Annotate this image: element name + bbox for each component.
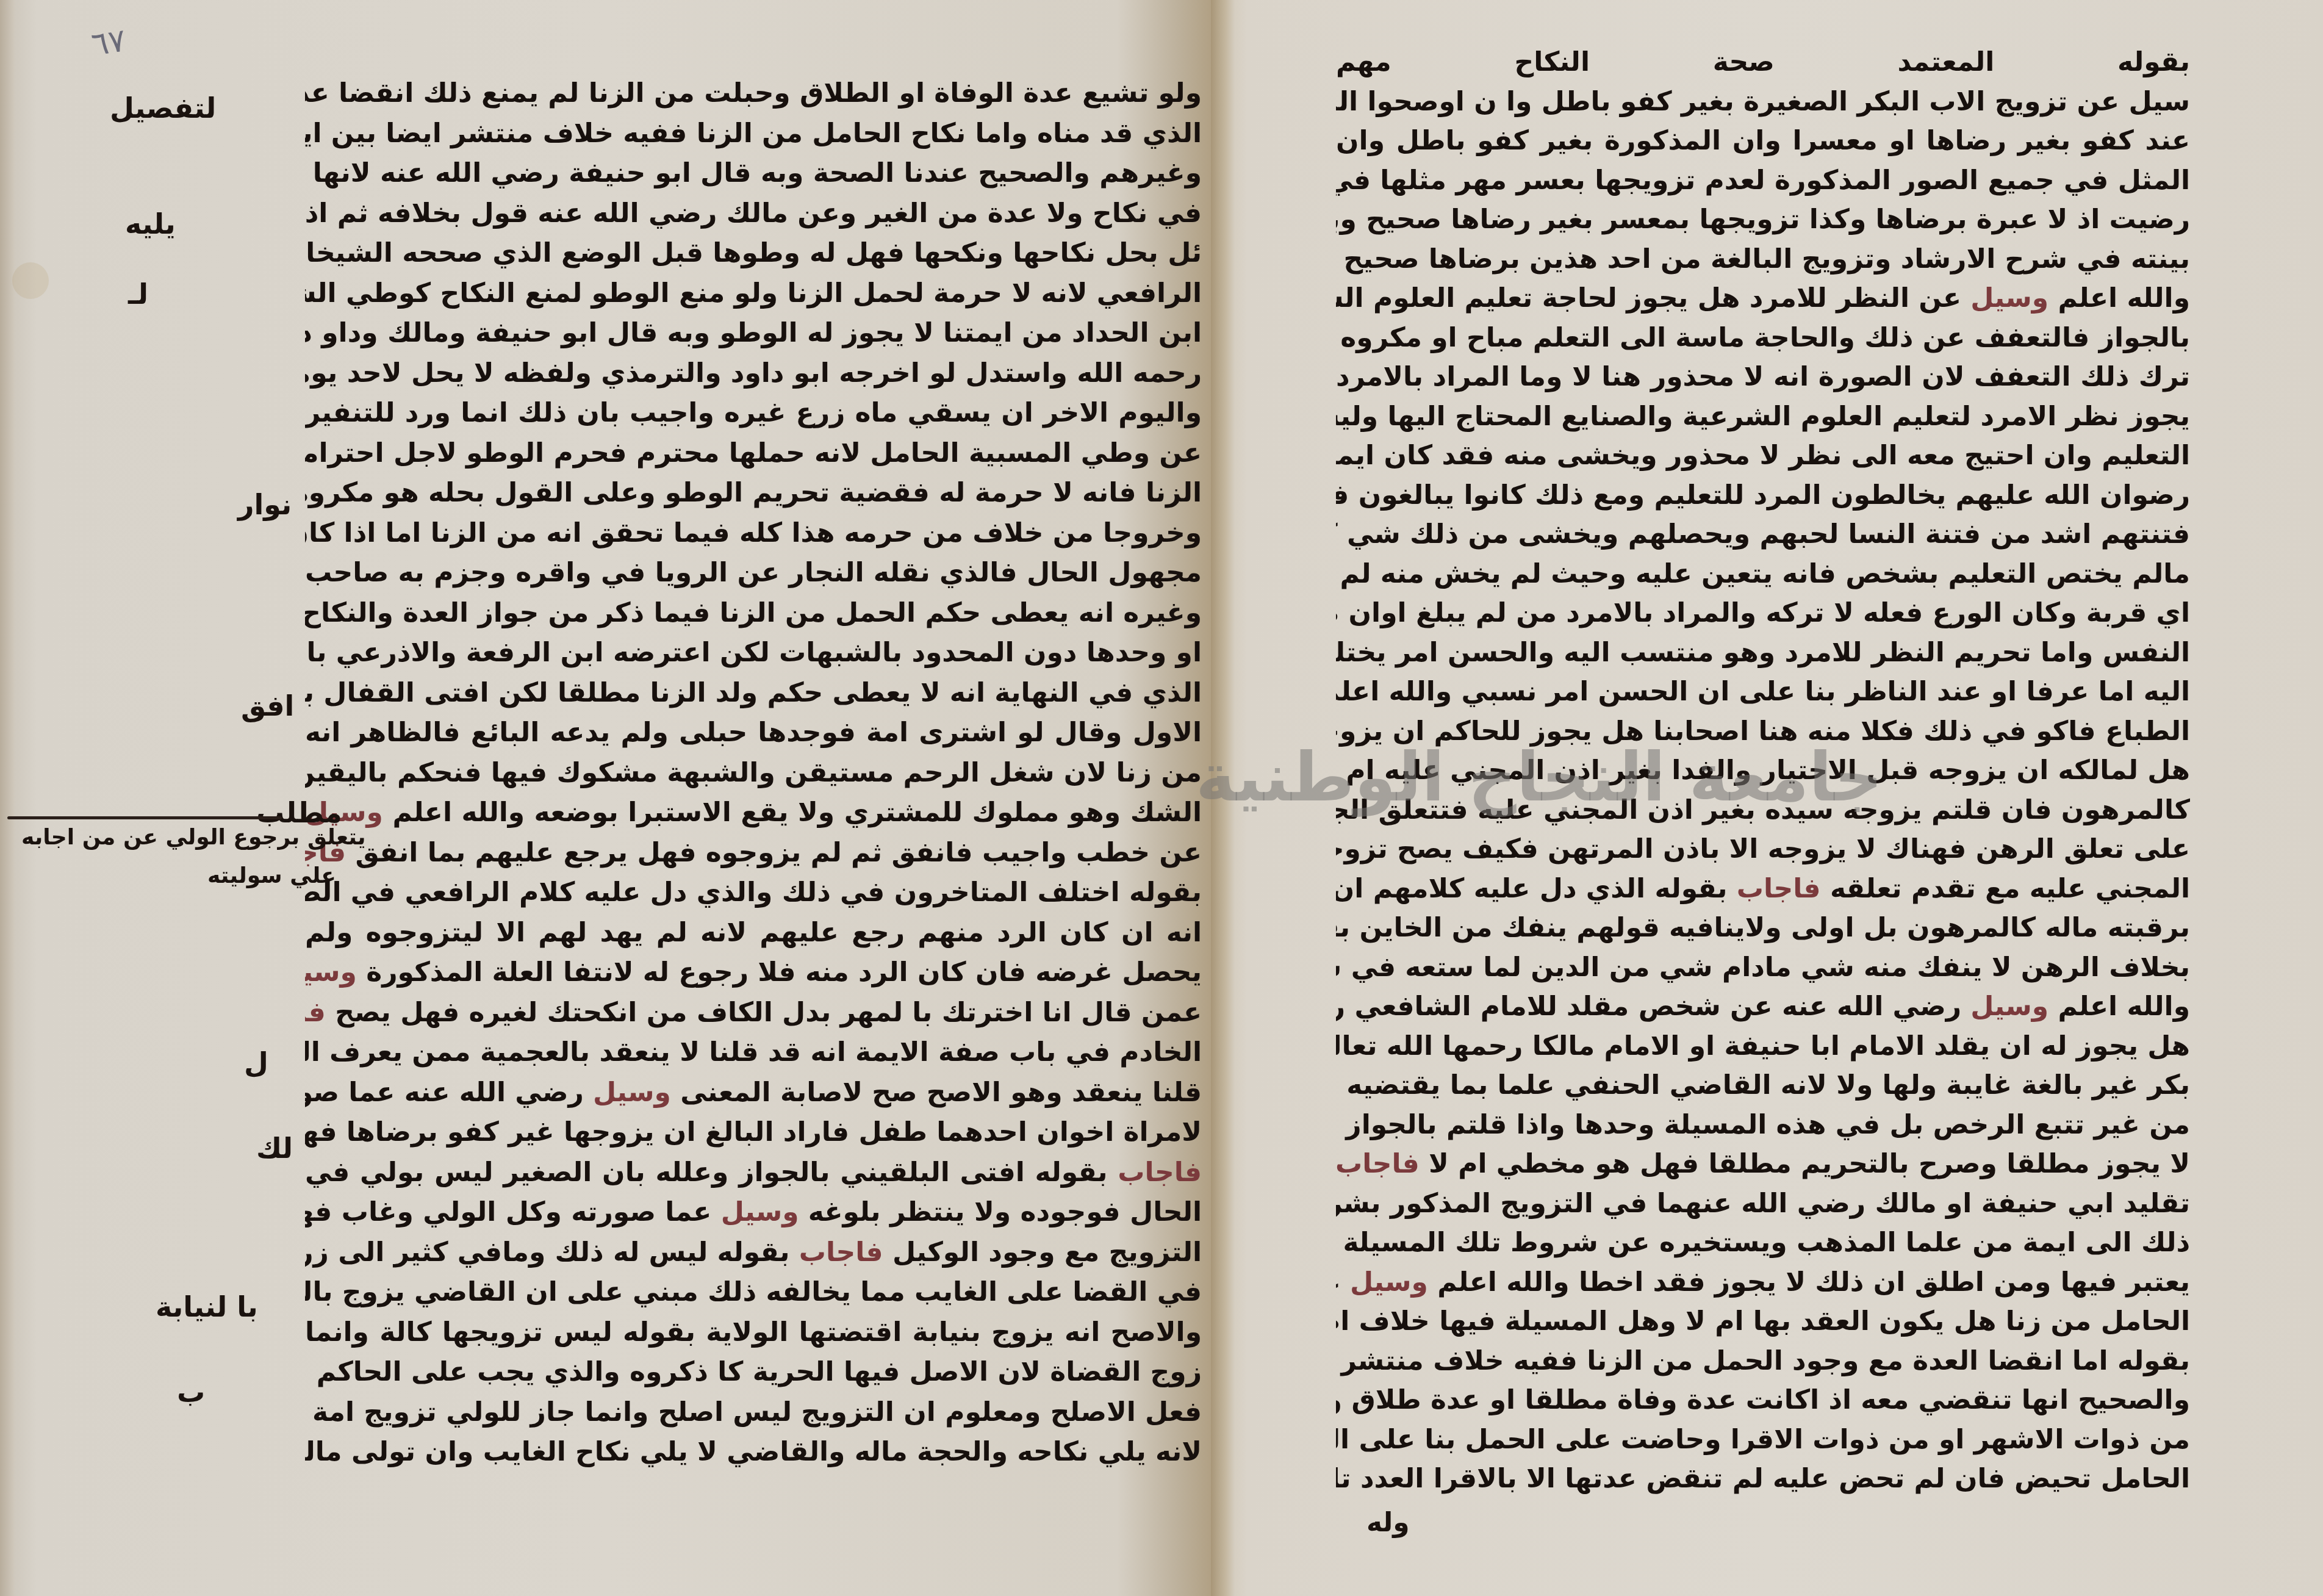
manuscript-line: فتنتهم اشد من فتنة النسا لحبهم ويحصلهم و… [1336,515,2190,555]
manuscript-line: برقبته ماله كالمرهون بل اولى ولاينافيه ق… [1336,908,2190,948]
manuscript-line: فعل الاصلح ومعلوم ان التزويج ليس اصلح وا… [305,1392,1202,1432]
manuscript-line: الذي في النهاية انه لا يعطى حكم ولد الزن… [305,673,1202,713]
manuscript-line: وغيره انه يعطى حكم الحمل من الزنا فيما ذ… [305,593,1202,633]
manuscript-line: وخروجا من خلاف من حرمه هذا كله فيما تحقق… [305,513,1202,553]
manuscript-line: التزويج مع وجود الوكيل فاجاب بقوله ليس ل… [305,1232,1202,1273]
manuscript-line: عند كفو بغير رضاها او معسرا وان المذكورة… [1336,121,2190,161]
manuscript-line: الحال فوجوده ولا ينتظر بلوغه وسيل عما صو… [305,1192,1202,1232]
manuscript-line: لا يجوز مطلقا وصرح بالتحريم مطلقا فهل هو… [1336,1145,2190,1184]
margin-note: نوار [238,488,292,521]
manuscript-line: بقوله اختلف المتاخرون في ذلك والذي دل عل… [305,872,1202,913]
manuscript-line: النفس واما تحريم النظر للامرد وهو منتسب … [1336,633,2190,673]
manuscript-line: لانه يلي نكاحه والحجة ماله والقاضي لا يل… [305,1432,1202,1472]
margin-note: لـ [128,278,148,311]
manuscript-line: في القضا على الغايب مما يخالفه ذلك مبني … [305,1272,1202,1312]
manuscript-line: فاجاب بقوله افتى البلقيني بالجواز وعلله … [305,1152,1202,1193]
margin-note: علي سوليته [207,863,336,888]
manuscript-line: واليوم الاخر ان يسقي ماه زرع غيره واجيب … [305,393,1202,433]
manuscript-line: ذلك الى ايمة من علما المذهب ويستخيره عن … [1336,1223,2190,1263]
manuscript-line: والاصح انه يزوج بنيابة اقتضتها الولاية ب… [305,1312,1202,1353]
manuscript-line: هل يجوز له ان يقلد الامام ابا حنيفة او ا… [1336,1027,2190,1066]
manuscript-line: المثل في جميع الصور المذكورة لعدم تزويجه… [1336,161,2190,201]
manuscript-line: ابن الحداد من ايمتنا لا يجوز له الوطو وب… [305,313,1202,353]
manuscript-line: سيل عن تزويج الاب البكر الصغيرة بغير كفو… [1336,82,2190,122]
manuscript-line: زوج القضاة لان الاصل فيها الحرية كا ذكرو… [305,1352,1202,1392]
manuscript-line: الزنا فانه لا حرمة له فقضية تحريم الوطو … [305,473,1202,513]
manuscript-line: على تعلق الرهن فهناك لا يزوجه الا باذن ا… [1336,830,2190,869]
manuscript-line: رضوان الله عليهم يخالطون المرد للتعليم و… [1336,476,2190,516]
margin-rule-line [7,816,282,819]
margin-note: افق [241,689,294,722]
manuscript-line: الشك وهو مملوك للمشتري ولا يقع الاستبرا … [305,793,1202,833]
manuscript-line: ترك ذلك التعفف لان الصورة انه لا محذور ه… [1336,358,2190,397]
left-page-text-block: ولو تشيع عدة الوفاة او الطلاق وحبلت من ا… [305,73,1202,1472]
margin-note: يتعلق برجوع الولي عن من اجابه [21,825,366,850]
left-page: ٦٧ ولو تشيع عدة الوفاة او الطلاق وحبلت م… [0,0,1214,1596]
manuscript-line: وغيرهم والصحيح عندنا الصحة وبه قال ابو ح… [305,153,1202,193]
catchword: وله [1366,1507,1410,1538]
manuscript-line: مالم يختص التعليم بشخص فانه يتعين عليه و… [1336,555,2190,594]
manuscript-line: مجهول الحال فالذي نقله النجار عن الرويا … [305,553,1202,593]
page-edge [0,0,15,1596]
margin-note: لك [256,1132,293,1165]
manuscript-line: في نكاح ولا عدة من الغير وعن مالك رضي ال… [305,193,1202,234]
margin-note: ل [244,1046,268,1079]
margin-note: ب [177,1376,205,1409]
manuscript-line: الذي قد مناه واما نكاح الحامل من الزنا ف… [305,113,1202,154]
manuscript-line: من غير تتبع الرخص بل في هذه المسيلة وحده… [1336,1105,2190,1145]
manuscript-line: يعتبر فيها ومن اطلق ان ذلك لا يجوز فقد ا… [1336,1263,2190,1303]
manuscript-line: اليه اما عرفا او عند الناظر بنا على ان ا… [1336,672,2190,712]
margin-note: با لنيابة [156,1290,258,1323]
manuscript-line: ئل بحل نكاحها ونكحها فهل له وطوها قبل ال… [305,233,1202,273]
manuscript-line: بقوله اما انقضا العدة مع وجود الحمل من ا… [1336,1342,2190,1381]
manuscript-line: الخادم في باب صفة الايمة انه قد قلنا لا … [305,1032,1202,1073]
manuscript-line: من ذوات الاشهر او من ذوات الاقرا وحاضت ع… [1336,1420,2190,1460]
margin-note: يليه [125,207,176,240]
manuscript-line: رضيت اذ لا عبرة برضاها وكذا تزويجها بمعس… [1336,200,2190,240]
manuscript-line: اي قربة وكان الورع فعله لا تركه والمراد … [1336,594,2190,633]
manuscript-line: لامراة اخوان احدهما طفل فاراد البالغ ان … [305,1112,1202,1152]
manuscript-line: عمن قال انا اخترتك با لمهر بدل الكاف من … [305,993,1202,1033]
manuscript-line: المجني عليه مع تقدم تعلقه فاجاب بقوله ال… [1336,869,2190,909]
manuscript-line: والصحيح انها تنقضي معه اذ اكانت عدة وفاة… [1336,1381,2190,1420]
manuscript-line: بخلاف الرهن لا ينفك منه شي مادام شي من ا… [1336,948,2190,988]
manuscript-line: والله اعلم وسيل رضي الله عنه عن شخص مقلد… [1336,987,2190,1027]
manuscript-line: انه ان كان الرد منهم رجع عليهم لانه لم ي… [305,913,1202,953]
manuscript-line: بكر غير بالغة غايبة ولها ولا لانه القاضي… [1336,1066,2190,1105]
folio-number: ٦٧ [89,22,128,63]
manuscript-line: عن خطب واجيب فانفق ثم لم يزوجوه فهل يرجع… [305,833,1202,873]
manuscript-line: قلنا ينعقد وهو الاصح صح لاصابة المعنى وس… [305,1073,1202,1113]
manuscript-line: يجوز نظر الامرد لتعليم العلوم الشرعية وا… [1336,397,2190,437]
manuscript-line: الحامل من زنا هل يكون العقد بها ام لا وه… [1336,1302,2190,1342]
manuscript-line: رحمه الله واستدل لو اخرجه ابو داود والتر… [305,353,1202,394]
paper-stain [12,262,49,299]
manuscript-line: تقليد ابي حنيفة او مالك رضي الله عنهما ف… [1336,1184,2190,1224]
watermark: جامعة النجاح الوطنية [1196,738,1883,816]
manuscript-line: الرافعي لانه لا حرمة لحمل الزنا ولو منع … [305,273,1202,314]
manuscript-line: والله اعلم وسيل عن النظر للامرد هل يجوز … [1336,279,2190,318]
manuscript-line: من زنا لان شغل الرحم مستيقن والشبهة مشكو… [305,753,1202,793]
manuscript-spread: ٦٧ ولو تشيع عدة الوفاة او الطلاق وحبلت م… [0,0,2323,1596]
manuscript-line: ولو تشيع عدة الوفاة او الطلاق وحبلت من ا… [305,73,1202,113]
manuscript-line: او وحدها دون المحدود بالشبهات لكن اعترضه… [305,633,1202,673]
manuscript-line: عن وطي المسبية الحامل لانه حملها محترم ف… [305,433,1202,473]
manuscript-line: بينته في شرح الارشاد وتزويج البالغة من ا… [1336,240,2190,279]
margin-note-title: مطلب [256,796,342,829]
margin-note: لتفصيل [110,92,216,124]
manuscript-line: بالجواز فالتعفف عن ذلك والحاجة ماسة الى … [1336,318,2190,358]
manuscript-line: الاول وقال لو اشترى امة فوجدها حبلى ولم … [305,713,1202,753]
manuscript-line: يحصل غرضه فان كان الرد منه فلا رجوع له ل… [305,952,1202,993]
manuscript-line: بقوله المعتمد صحة النكاح مهم [1336,43,2190,82]
manuscript-line: التعليم وان احتيج معه الى نظر لا محذور و… [1336,436,2190,476]
manuscript-line: الحامل تحيض فان لم تحض عليه لم تنقض عدته… [1336,1459,2190,1499]
